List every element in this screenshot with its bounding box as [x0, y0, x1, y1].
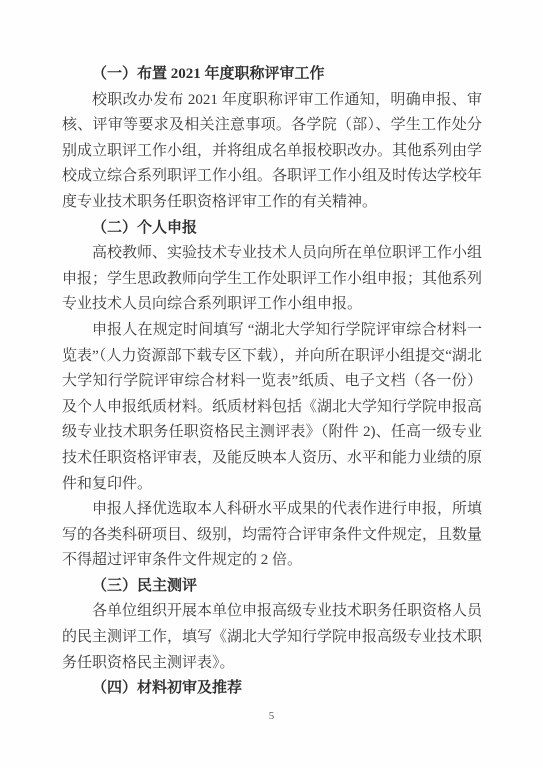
paragraph: 申报人择优选取本人科研水平成果的代表作进行申报，所填写的各类科研项目、级别，均需… [62, 497, 482, 574]
paragraph: 申报人在规定时间填写 “湖北大学知行学院评审综合材料一览表”（人力资源部下载专区… [62, 318, 482, 497]
paragraph: 高校教师、实验技术专业技术人员向所在单位职评工作小组申报；学生思政教师向学生工作… [62, 241, 482, 318]
section-heading: （二）个人申报 [62, 216, 482, 242]
paragraph: 校职改办发布 2021 年度职称评审工作通知，明确申报、审核、评审等要求及相关注… [62, 88, 482, 216]
document-content: （一）布置 2021 年度职称评审工作校职改办发布 2021 年度职称评审工作通… [62, 62, 482, 702]
page-number: 5 [0, 710, 543, 722]
document-page: （一）布置 2021 年度职称评审工作校职改办发布 2021 年度职称评审工作通… [0, 0, 543, 768]
section-heading: （四）材料初审及推荐 [62, 676, 482, 702]
section-heading: （一）布置 2021 年度职称评审工作 [62, 62, 482, 88]
section-heading: （三）民主测评 [62, 574, 482, 600]
paragraph: 各单位组织开展本单位申报高级专业技术职务任职资格人员的民主测评工作，填写《湖北大… [62, 599, 482, 676]
